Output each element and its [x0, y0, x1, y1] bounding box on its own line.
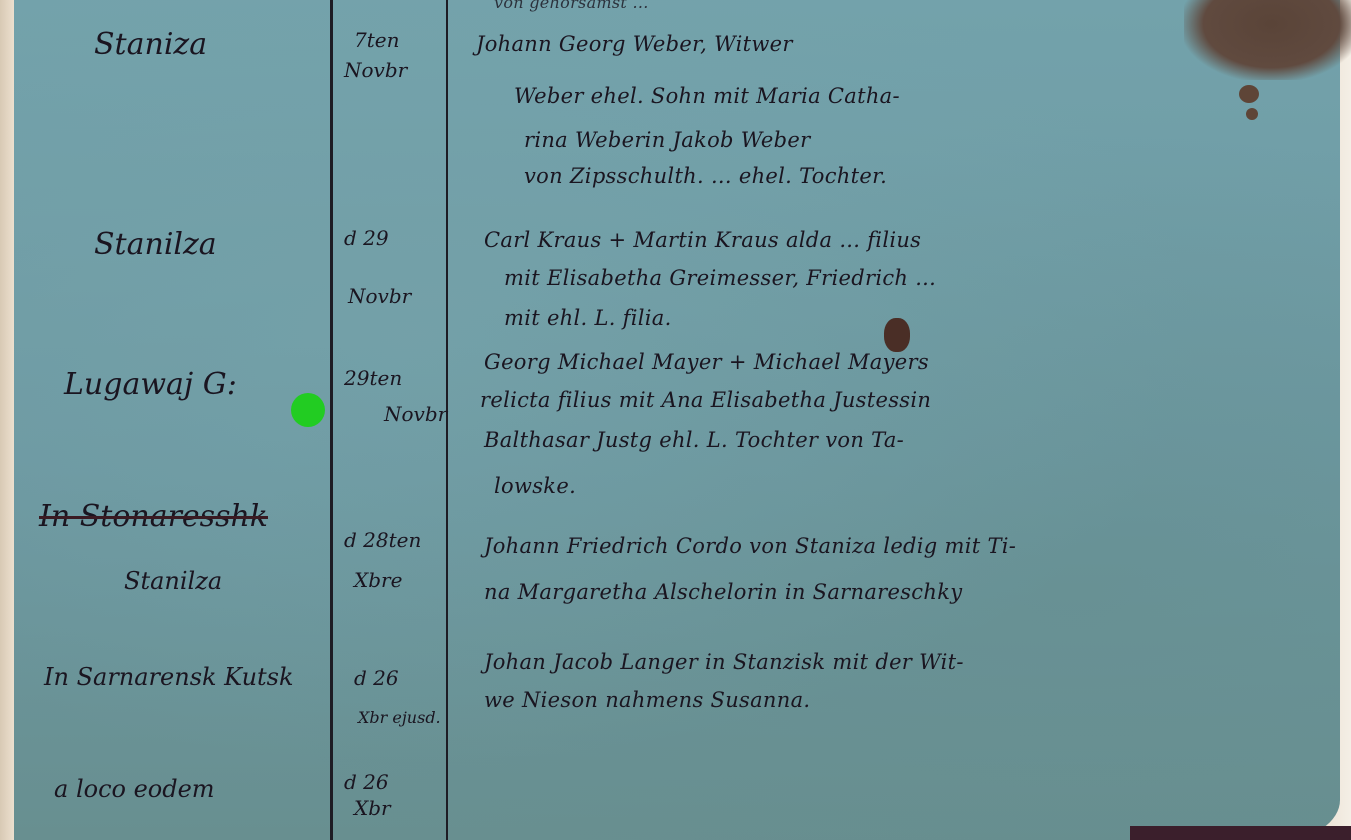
record-entry-line: Balthasar Justg ehl. L. Tochter von Ta-: [484, 424, 904, 457]
record-entry-line: Johan Jacob Langer in Stanzisk mit der W…: [484, 646, 964, 679]
record-place: Stanilza: [124, 564, 222, 598]
record-date-day: 7ten: [354, 28, 399, 52]
record-entry-line: Weber ehel. Sohn mit Maria Catha-: [514, 80, 900, 113]
ink-stain: [1239, 85, 1259, 103]
record-date-day: 29ten: [344, 366, 402, 390]
record-place-struck: In Stonaresshk: [39, 500, 268, 534]
column-rule: [330, 0, 333, 840]
record-date-day: d 28ten: [344, 528, 421, 552]
ink-stain: [1246, 108, 1258, 120]
record-date-day: d 26: [354, 666, 399, 690]
record-place: a loco eodem: [54, 772, 215, 806]
record-entry-line: rina Weberin Jakob Weber: [524, 124, 810, 157]
register-page: von gehorsamst ... Staniza 7ten Novbr Jo…: [14, 0, 1340, 840]
record-entry-line: Johann Friedrich Cordo von Staniza ledig…: [484, 530, 1016, 563]
record-entry-line: relicta filius mit Ana Elisabetha Justes…: [480, 384, 931, 417]
record-date-month: Novbr: [344, 58, 407, 82]
record-date-month: Novbr: [384, 402, 447, 426]
record-entry-line: Carl Kraus + Martin Kraus alda ... filiu…: [484, 224, 921, 257]
page-bottom-edge: [1130, 826, 1351, 840]
record-entry-line: Johann Georg Weber, Witwer: [476, 28, 793, 61]
record-entry-line: mit ehl. L. filia.: [504, 302, 672, 335]
record-place: Stanilza: [94, 228, 217, 262]
record-date-day: d 29: [344, 226, 389, 250]
record-entry-line: Georg Michael Mayer + Michael Mayers: [484, 346, 929, 379]
record-entry-line: lowske.: [494, 470, 576, 503]
record-entry-line: we Nieson nahmens Susanna.: [484, 684, 810, 717]
record-entry-line: von Zipsschulth. ... ehel. Tochter.: [524, 160, 887, 193]
record-entry-line: na Margaretha Alschelorin in Sarnareschk…: [484, 576, 962, 609]
record-date-month: Xbr: [354, 796, 391, 820]
record-date-month: Xbr ejusd.: [358, 706, 441, 730]
record-place: Lugawaj G:: [64, 368, 237, 402]
green-marker-dot: [291, 393, 325, 427]
top-fragment: von gehorsamst ...: [494, 0, 649, 19]
record-entry-line: mit Elisabetha Greimesser, Friedrich ...: [504, 262, 936, 295]
ink-stain: [1184, 0, 1351, 80]
record-date-day: d 26: [344, 770, 389, 794]
record-date-month: Xbre: [354, 568, 402, 592]
record-place: Staniza: [94, 28, 207, 62]
record-date-month: Novbr: [348, 284, 411, 308]
record-place: In Sarnarensk Kutsk: [44, 660, 294, 694]
